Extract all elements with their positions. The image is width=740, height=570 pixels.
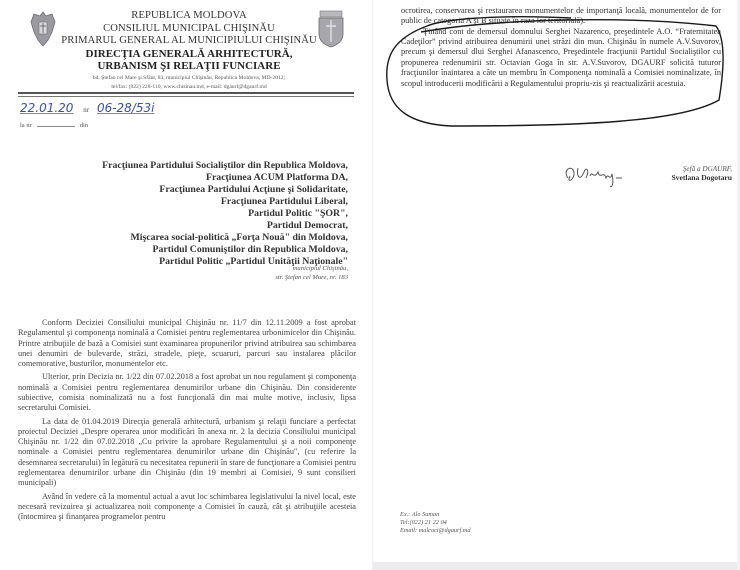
- reference-blank: [37, 126, 75, 127]
- letter-body-continued: ocrotirea, conservarea şi restaurarea mo…: [401, 6, 721, 89]
- registration-stamp: 22.01.20 nr 06-28/53i: [20, 101, 154, 115]
- reference-prefix: la nr: [20, 122, 32, 129]
- letter-page-1: REPUBLICA MOLDOVA CONSILIUL MUNICIPAL CH…: [0, 0, 370, 570]
- executor-info: Ex.: Alo Suman Tel:(022) 21 22 04 Email:…: [400, 511, 471, 536]
- letterhead-divider-thick: [18, 92, 354, 94]
- body-paragraph: Ulterior, prin Decizia nr. 1/22 din 07.0…: [18, 372, 356, 413]
- recipient-street: str. Ştefan cel Mare, nr. 183: [275, 273, 348, 282]
- signatory-name: Svetlana Dogotaru: [650, 173, 732, 182]
- registration-nr-label: nr: [83, 106, 89, 114]
- recipient-address: municipiul Chişinău, str. Ştefan cel Mar…: [275, 264, 348, 282]
- registration-date: 22.01.20: [20, 101, 73, 115]
- council-name: CONSILIUL MUNICIPAL CHIŞINĂU: [60, 23, 318, 36]
- recipient: Fracţiunea Partidului Socialiştilor din …: [102, 160, 348, 172]
- directorate-name-line1: DIRECŢIA GENERALĂ ARHITECTURĂ,: [60, 48, 318, 61]
- signature-block: Şefă a DGAURF, Svetlana Dogotaru: [650, 165, 732, 182]
- highlighted-paragraph: Ţinând cont de demersul domnului Serghei…: [401, 27, 721, 89]
- recipient: Fracţiunea Partidului Liberal,: [102, 196, 348, 208]
- recipient: Partidul Democrat,: [102, 220, 348, 232]
- mayor-office: PRIMARUL GENERAL AL MUNICIPIULUI CHIŞINĂ…: [60, 35, 318, 48]
- recipient-city: municipiul Chişinău,: [275, 264, 348, 273]
- chisinau-coat-of-arms-icon: [316, 10, 346, 48]
- recipients-list: Fracţiunea Partidului Socialiştilor din …: [102, 160, 348, 267]
- moldova-coat-of-arms-icon: [28, 10, 58, 48]
- executor-phone: Tel:(022) 21 22 04: [400, 519, 471, 527]
- registration-number: 06-28/53i: [97, 101, 155, 115]
- reference-suffix: din: [80, 122, 88, 129]
- body-paragraph: Având în vedere că la momentul actual a …: [18, 492, 356, 523]
- directorate-name-line2: URBANISM ŞI RELAŢII FUNCIARE: [60, 60, 318, 73]
- contact-line: tel/fax: (022) 228-110, www.chisinau.md,…: [60, 84, 318, 91]
- recipient: Mişcarea social-politică „Forţa Nouă" di…: [102, 232, 348, 244]
- executor-name: Ex.: Alo Suman: [400, 511, 471, 519]
- body-paragraph: La data de 01.04.2019 Direcţia generală …: [18, 417, 356, 489]
- signature-icon: [560, 160, 630, 190]
- letterhead-divider-thin: [18, 96, 354, 97]
- letter-body: Conform Deciziei Consiliului municipal C…: [18, 318, 356, 525]
- body-paragraph: Conform Deciziei Consiliului municipal C…: [18, 318, 356, 369]
- address-line: bd. Ştefan cel Mare şi Sfânt, 83, munici…: [60, 75, 318, 82]
- letter-page-2: ocrotirea, conservarea şi restaurarea mo…: [372, 0, 740, 570]
- signatory-title: Şefă a DGAURF,: [650, 165, 732, 173]
- page-bottom-edge: [373, 562, 740, 570]
- letterhead: REPUBLICA MOLDOVA CONSILIUL MUNICIPAL CH…: [60, 10, 318, 91]
- recipient: Partidul Politic "ŞOR",: [102, 208, 348, 220]
- continuation-paragraph: ocrotirea, conservarea şi restaurarea mo…: [401, 6, 721, 27]
- reference-line: la nrdin: [20, 122, 88, 129]
- recipient: Fracţiunea Partidului Acţiune şi Solidar…: [102, 184, 348, 196]
- recipient: Fracţiunea ACUM Platforma DA,: [102, 172, 348, 184]
- executor-email: Email: malcoci@dgaurf.md: [400, 527, 471, 535]
- country-name: REPUBLICA MOLDOVA: [60, 10, 318, 23]
- recipient: Partidul Comuniştilor din Republica Mold…: [102, 244, 348, 256]
